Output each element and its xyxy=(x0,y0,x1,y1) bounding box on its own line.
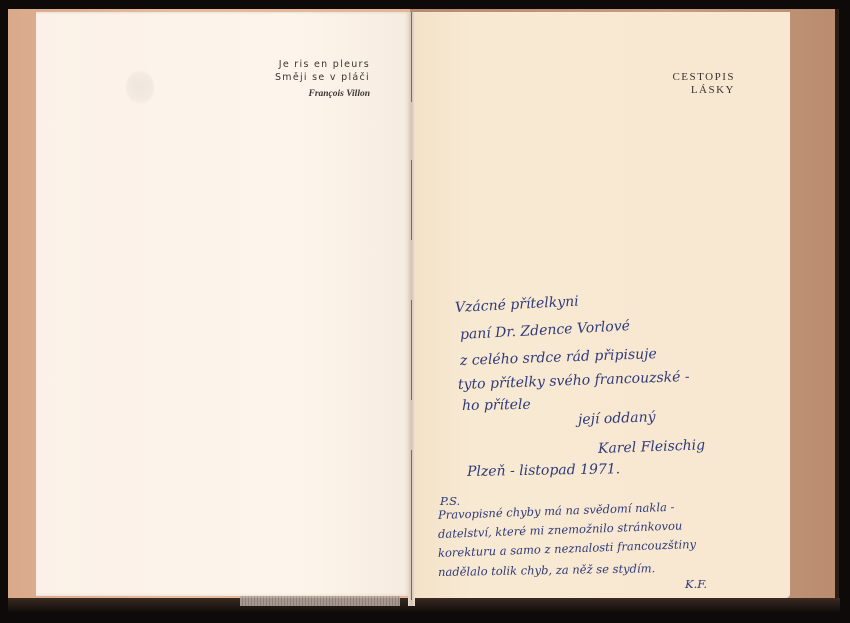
book-title-line-2: LÁSKY xyxy=(640,84,735,97)
dedication-closing: její oddaný xyxy=(578,409,656,428)
epigraph-author: François Villon xyxy=(250,89,370,99)
binding-stitch xyxy=(411,12,412,102)
postscript-label: P.S. xyxy=(440,494,460,508)
book-title-line-1: CESTOPIS xyxy=(640,71,735,84)
postscript-initials: K.F. xyxy=(685,577,707,591)
epigraph: Je ris en pleurs Směji se v pláči Franço… xyxy=(250,58,370,99)
publisher-emblem-icon xyxy=(126,70,154,104)
cover-edge-shadow xyxy=(835,9,839,607)
binding-stitch xyxy=(411,300,412,400)
epigraph-line-2: Směji se v pláči xyxy=(250,71,370,84)
place-date: Plzeň - listopad 1971. xyxy=(467,461,620,480)
left-page xyxy=(36,12,410,596)
book-title: CESTOPIS LÁSKY xyxy=(640,71,735,97)
book-bottom-shadow xyxy=(8,598,840,623)
binding-stitch xyxy=(411,450,412,600)
spine-cloth-binding xyxy=(240,596,400,606)
dedication-line: ho přítele xyxy=(462,397,531,414)
binding-stitch xyxy=(411,160,412,240)
epigraph-line-1: Je ris en pleurs xyxy=(250,58,370,71)
